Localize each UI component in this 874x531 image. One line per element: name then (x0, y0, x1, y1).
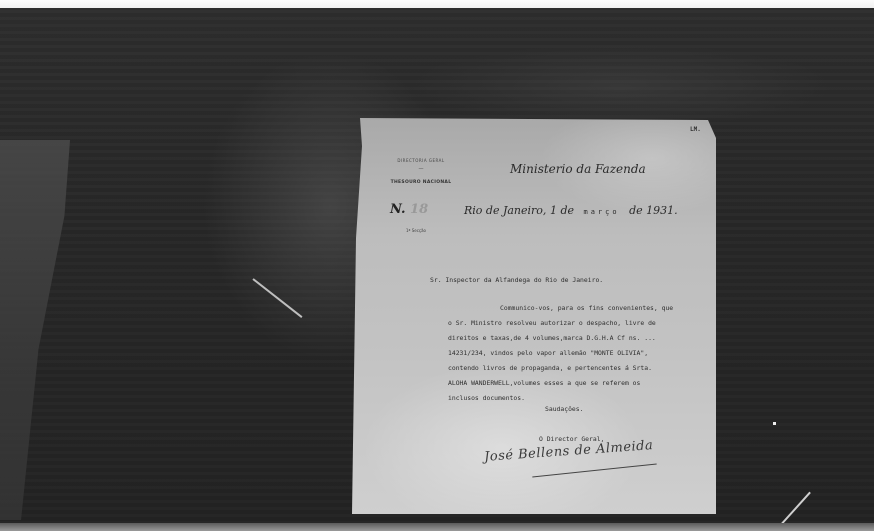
date-day: 1 (550, 204, 557, 217)
seal-arc-text: DIRECTORIA GERAL (376, 158, 466, 163)
number-value: 18 (410, 202, 428, 217)
date-year: 1931. (646, 204, 678, 217)
date-place: Rio de Janeiro, (464, 204, 546, 217)
closing: Saudações. (545, 402, 583, 417)
date-de: de (560, 204, 574, 217)
letter-body: Communico-vos, para os fins convenientes… (448, 301, 673, 406)
photo-bottom-edge (0, 523, 874, 531)
dateline: Rio de Janeiro, 1 de março de 1931. (464, 204, 678, 217)
letterhead-seal: DIRECTORIA GERAL — THESOURO NACIONAL (376, 158, 466, 185)
body-line: contendo livros de propaganda, e pertenc… (448, 361, 673, 376)
signature-underline (532, 463, 656, 477)
corner-mark: LM. (690, 126, 701, 133)
ministry-heading: Ministerio da Fazenda (510, 162, 646, 176)
letter-document: LM. DIRECTORIA GERAL — THESOURO NACIONAL… (352, 118, 716, 514)
number-label: N. (390, 202, 406, 217)
body-line: o Sr. Ministro resolveu autorizar o desp… (448, 316, 673, 331)
document-number: N. 18 (390, 202, 428, 217)
photo-top-edge (0, 0, 874, 8)
body-line: ALOHA WANDERWELL,volumes esses a que se … (448, 376, 673, 391)
seal-name: THESOURO NACIONAL (376, 180, 466, 185)
addressee: Sr. Inspector da Alfandega do Rio de Jan… (430, 273, 603, 288)
body-line: direitos e taxas,de 4 volumes,marca D.G.… (448, 331, 673, 346)
date-month: março (584, 208, 620, 216)
date-de: de (629, 204, 643, 217)
body-line: 14231/234, vindos pelo vapor allemão "MO… (448, 346, 673, 361)
seal-connector: — (376, 166, 466, 172)
section-label: 1ª Secção (406, 228, 426, 233)
dust-speck (773, 422, 776, 425)
body-line: Communico-vos, para os fins convenientes… (448, 301, 673, 316)
